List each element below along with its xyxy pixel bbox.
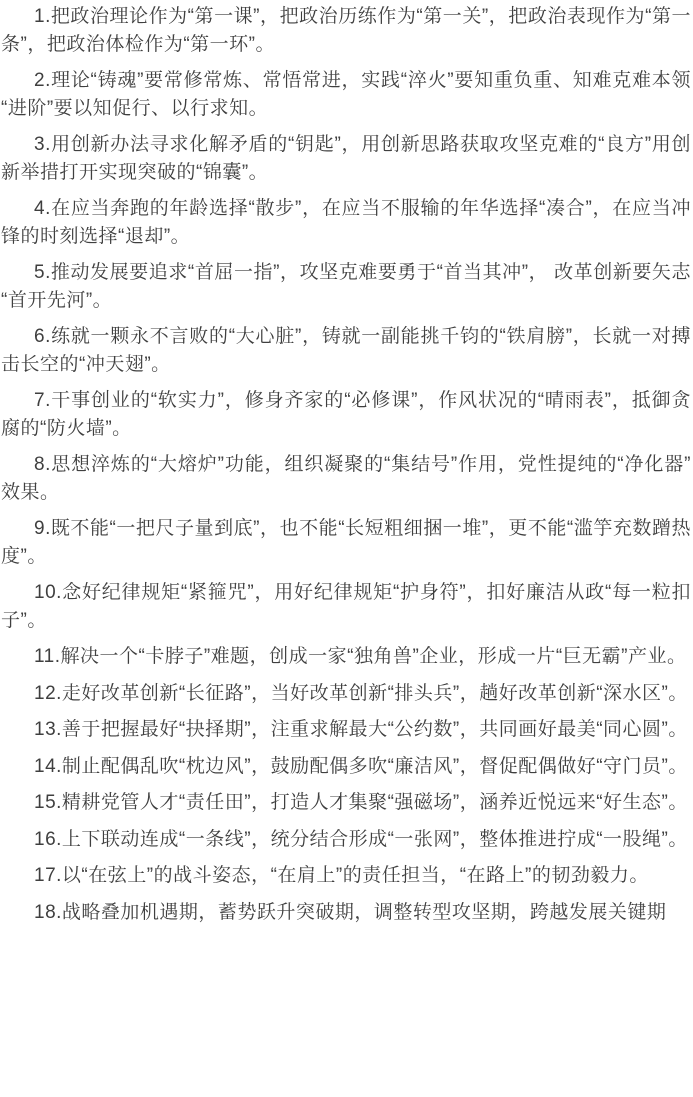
- paragraph-16: 16.上下联动连成“一条线”，统分结合形成“一张网”，整体推进拧成“一股绳”。: [1, 826, 691, 854]
- paragraph-18: 18.战略叠加机遇期，蓄势跃升突破期，调整转型攻坚期，跨越发展关键期: [1, 899, 691, 927]
- document-page: 1.把政治理论作为“第一课”，把政治历练作为“第一关”，把政治表现作为“第一条”…: [0, 0, 693, 1097]
- paragraph-15: 15.精耕党管人才“责任田”，打造人才集聚“强磁场”，涵养近悦远来“好生态”。: [1, 789, 691, 817]
- paragraph-13: 13.善于把握最好“抉择期”，注重求解最大“公约数”，共同画好最美“同心圆”。: [1, 716, 691, 744]
- paragraph-11: 11.解决一个“卡脖子”难题，创成一家“独角兽”企业，形成一片“巨无霸”产业。: [1, 643, 691, 671]
- paragraph-17: 17.以“在弦上”的战斗姿态，“在肩上”的责任担当，“在路上”的韧劲毅力。: [1, 862, 691, 890]
- paragraph-5: 5.推动发展要追求“首屈一指”，攻坚克难要勇于“首当其冲”， 改革创新要矢志“首…: [1, 259, 691, 314]
- paragraph-4: 4.在应当奔跑的年龄选择“散步”，在应当不服输的年华选择“凑合”，在应当冲锋的时…: [1, 195, 691, 250]
- paragraph-2: 2.理论“铸魂”要常修常炼、常悟常进，实践“淬火”要知重负重、知难克难本领“进阶…: [1, 67, 691, 122]
- paragraph-10: 10.念好纪律规矩“紧箍咒”，用好纪律规矩“护身符”，扣好廉洁从政“每一粒扣子”…: [1, 579, 691, 634]
- paragraph-12: 12.走好改革创新“长征路”，当好改革创新“排头兵”，趟好改革创新“深水区”。: [1, 680, 691, 708]
- paragraph-14: 14.制止配偶乱吹“枕边风”，鼓励配偶多吹“廉洁风”，督促配偶做好“守门员”。: [1, 753, 691, 781]
- paragraph-8: 8.思想淬炼的“大熔炉”功能，组织凝聚的“集结号”作用，党性提纯的“净化器”效果…: [1, 451, 691, 506]
- paragraph-3: 3.用创新办法寻求化解矛盾的“钥匙”，用创新思路获取攻坚克难的“良方”用创新举措…: [1, 131, 691, 186]
- paragraph-9: 9.既不能“一把尺子量到底”，也不能“长短粗细捆一堆”，更不能“滥竽充数蹭热度”…: [1, 515, 691, 570]
- paragraph-7: 7.干事创业的“软实力”，修身齐家的“必修课”，作风状况的“晴雨表”，抵御贪腐的…: [1, 387, 691, 442]
- paragraph-1: 1.把政治理论作为“第一课”，把政治历练作为“第一关”，把政治表现作为“第一条”…: [1, 3, 691, 58]
- paragraph-6: 6.练就一颗永不言败的“大心脏”，铸就一副能挑千钧的“铁肩膀”，长就一对搏击长空…: [1, 323, 691, 378]
